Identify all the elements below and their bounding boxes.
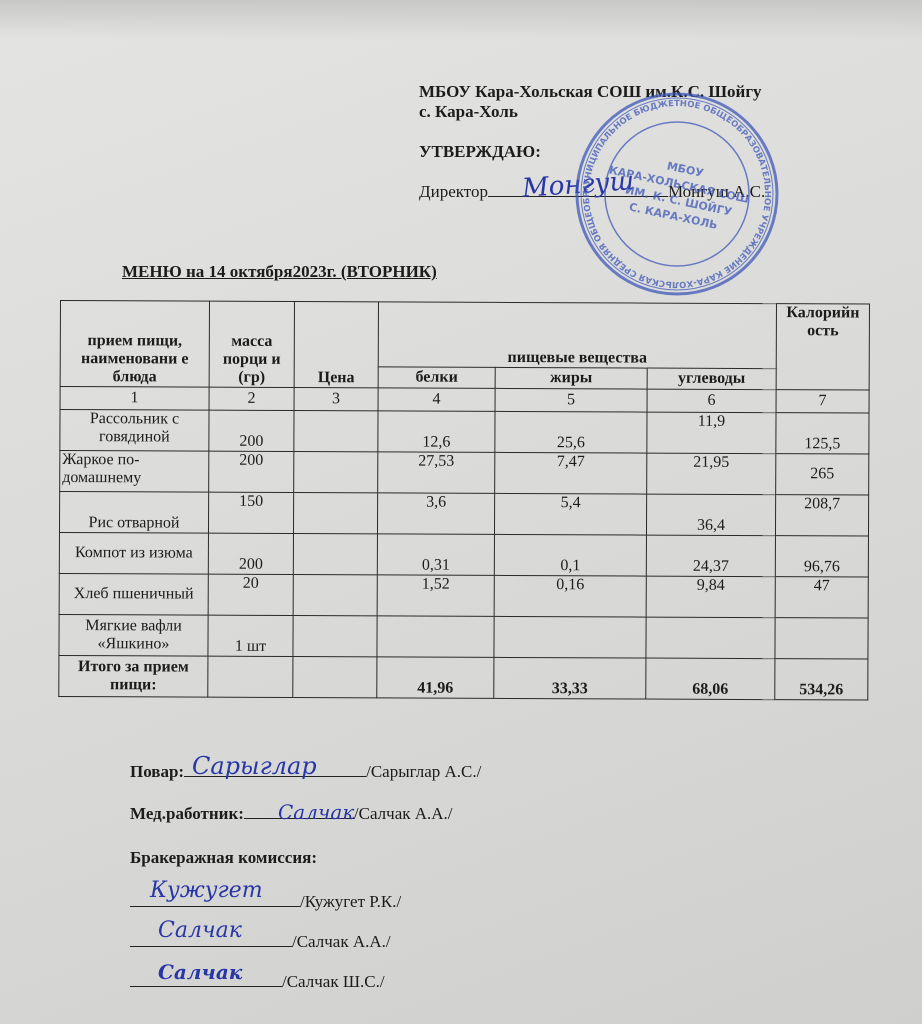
- dish-protein: 27,53: [378, 452, 495, 494]
- dish-calories: 96,76: [775, 536, 868, 577]
- medic-signature-line: [244, 804, 354, 819]
- commission-member-name: /Кужугет Р.К./: [300, 892, 401, 911]
- commission-member-name: /Салчак Ш.С./: [282, 972, 385, 991]
- dish-name: Хлеб пшеничный: [59, 573, 208, 615]
- paper-shadow: [0, 0, 922, 40]
- dish-price: [293, 534, 377, 575]
- commission-label: Бракеражная комиссия:: [130, 848, 317, 868]
- total-price: [293, 657, 377, 698]
- dish-price: [293, 616, 377, 657]
- table-row: Рассольник с говядиной 200 12,6 25,6 11,…: [60, 410, 869, 455]
- dish-fat: 25,6: [495, 411, 647, 453]
- col-number: 4: [378, 388, 495, 412]
- col-calories-header: Калорийн ость: [776, 304, 869, 390]
- dish-protein: 12,6: [378, 411, 495, 453]
- director-label: Директор: [419, 182, 488, 201]
- dish-calories: 265: [776, 454, 869, 495]
- dish-name: Рис отварной: [59, 492, 208, 534]
- commission-signature-line: [130, 972, 282, 987]
- dish-name: Компот из изюма: [59, 532, 208, 574]
- commission-signature-line: [130, 892, 300, 907]
- col-mass-header: масса порци и (гр): [209, 301, 294, 387]
- commission-member: /Кужугет Р.К./: [130, 892, 401, 912]
- col-number: 5: [495, 388, 647, 412]
- dish-mass: 200: [208, 533, 293, 574]
- dish-price: [293, 493, 377, 534]
- col-fat-header: жиры: [495, 367, 647, 389]
- approval-header: МБОУ Кара-Хольская СОШ им.К.С. Шойгу с. …: [419, 82, 839, 202]
- col-number: 1: [60, 387, 209, 411]
- dish-fat: [494, 616, 646, 658]
- dish-protein: 3,6: [377, 493, 494, 535]
- total-calories: 534,26: [775, 659, 868, 700]
- dish-protein: 0,31: [377, 534, 494, 576]
- col-number: 3: [294, 388, 378, 411]
- col-number: 6: [647, 389, 776, 413]
- cook-name: /Сарыглар А.С./: [366, 762, 481, 781]
- total-fat: 33,33: [494, 657, 646, 699]
- commission-member: /Салчак А.А./: [130, 932, 391, 952]
- dish-fat: 5,4: [494, 493, 646, 535]
- table-row: Хлеб пшеничный 20 1,52 0,16 9,84 47: [59, 573, 868, 618]
- dish-mass: 200: [209, 451, 294, 492]
- cook-label: Повар:: [130, 762, 184, 781]
- dish-protein: [377, 616, 494, 658]
- total-mass: [208, 656, 293, 697]
- dish-fat: 7,47: [495, 452, 647, 494]
- dish-carbs: 21,95: [647, 453, 776, 495]
- dish-calories: 208,7: [775, 495, 868, 536]
- col-protein-header: белки: [378, 367, 495, 389]
- col-price-header: Цена: [294, 302, 378, 388]
- dish-calories: 125,5: [776, 413, 869, 454]
- dish-price: [294, 452, 378, 493]
- dish-name: Рассольник с говядиной: [60, 410, 209, 452]
- total-protein: 41,96: [377, 657, 494, 699]
- village-name: с. Кара-Холь: [419, 102, 839, 122]
- approve-label: УТВЕРЖДАЮ:: [419, 142, 839, 162]
- director-signature-line: [488, 180, 668, 197]
- dish-mass: 20: [208, 574, 293, 615]
- dish-price: [293, 575, 377, 616]
- table-row: Рис отварной 150 3,6 5,4 36,4 208,7: [59, 492, 868, 537]
- table-row: Жаркое по-домашнему 200 27,53 7,47 21,95…: [60, 451, 869, 496]
- commission-signature-line: [130, 932, 292, 947]
- menu-table: прием пищи, наименовани е блюда масса по…: [58, 300, 870, 701]
- dish-carbs: [646, 617, 775, 659]
- dish-mass: 200: [209, 410, 294, 451]
- cook-signature-line: [184, 762, 366, 777]
- medic-name: /Салчак А.А./: [354, 804, 453, 823]
- menu-title: МЕНЮ на 14 октября2023г. (ВТОРНИК): [122, 262, 437, 282]
- commission-member: /Салчак Ш.С./: [130, 972, 385, 992]
- cook-line: Повар:/Сарыглар А.С./: [130, 762, 481, 782]
- svg-text:С. КАРА-ХОЛЬ: С. КАРА-ХОЛЬ: [628, 200, 719, 231]
- dish-mass: 150: [208, 492, 293, 533]
- dish-carbs: 36,4: [646, 494, 775, 536]
- col-number: 2: [209, 387, 294, 410]
- dish-calories: [775, 618, 868, 659]
- col-number: 7: [776, 390, 869, 413]
- dish-fat: 0,1: [494, 534, 646, 576]
- total-row: Итого за прием пищи: 41,96 33,33 68,06 5…: [59, 655, 868, 700]
- dish-price: [294, 411, 378, 452]
- dish-fat: 0,16: [494, 575, 646, 617]
- medic-line: Мед.работник:/Салчак А.А./: [130, 804, 453, 824]
- total-label: Итого за прием пищи:: [59, 655, 208, 697]
- col-carbs-header: углеводы: [647, 368, 776, 390]
- dish-mass: 1 шт: [208, 615, 293, 656]
- commission-member-name: /Салчак А.А./: [292, 932, 391, 951]
- col-nutrients-header: пищевые вещества: [378, 302, 776, 369]
- director-line: ДиректорМонгуш А.С.: [419, 180, 839, 202]
- col-dish-header: прием пищи, наименовани е блюда: [60, 301, 209, 388]
- table-row: Мягкие вафли «Яшкино» 1 шт: [59, 614, 868, 659]
- dish-name: Мягкие вафли «Яшкино»: [59, 614, 208, 656]
- dish-calories: 47: [775, 577, 868, 618]
- dish-carbs: 9,84: [646, 576, 775, 618]
- dish-protein: 1,52: [377, 575, 494, 617]
- dish-name: Жаркое по-домашнему: [60, 451, 209, 493]
- table-row: Компот из изюма 200 0,31 0,1 24,37 96,76: [59, 532, 868, 577]
- organization-name: МБОУ Кара-Хольская СОШ им.К.С. Шойгу: [419, 82, 839, 102]
- dish-carbs: 24,37: [646, 535, 775, 577]
- director-name: Монгуш А.С.: [668, 182, 765, 201]
- total-carbs: 68,06: [646, 658, 775, 700]
- dish-carbs: 11,9: [647, 412, 776, 454]
- medic-label: Мед.работник:: [130, 804, 244, 823]
